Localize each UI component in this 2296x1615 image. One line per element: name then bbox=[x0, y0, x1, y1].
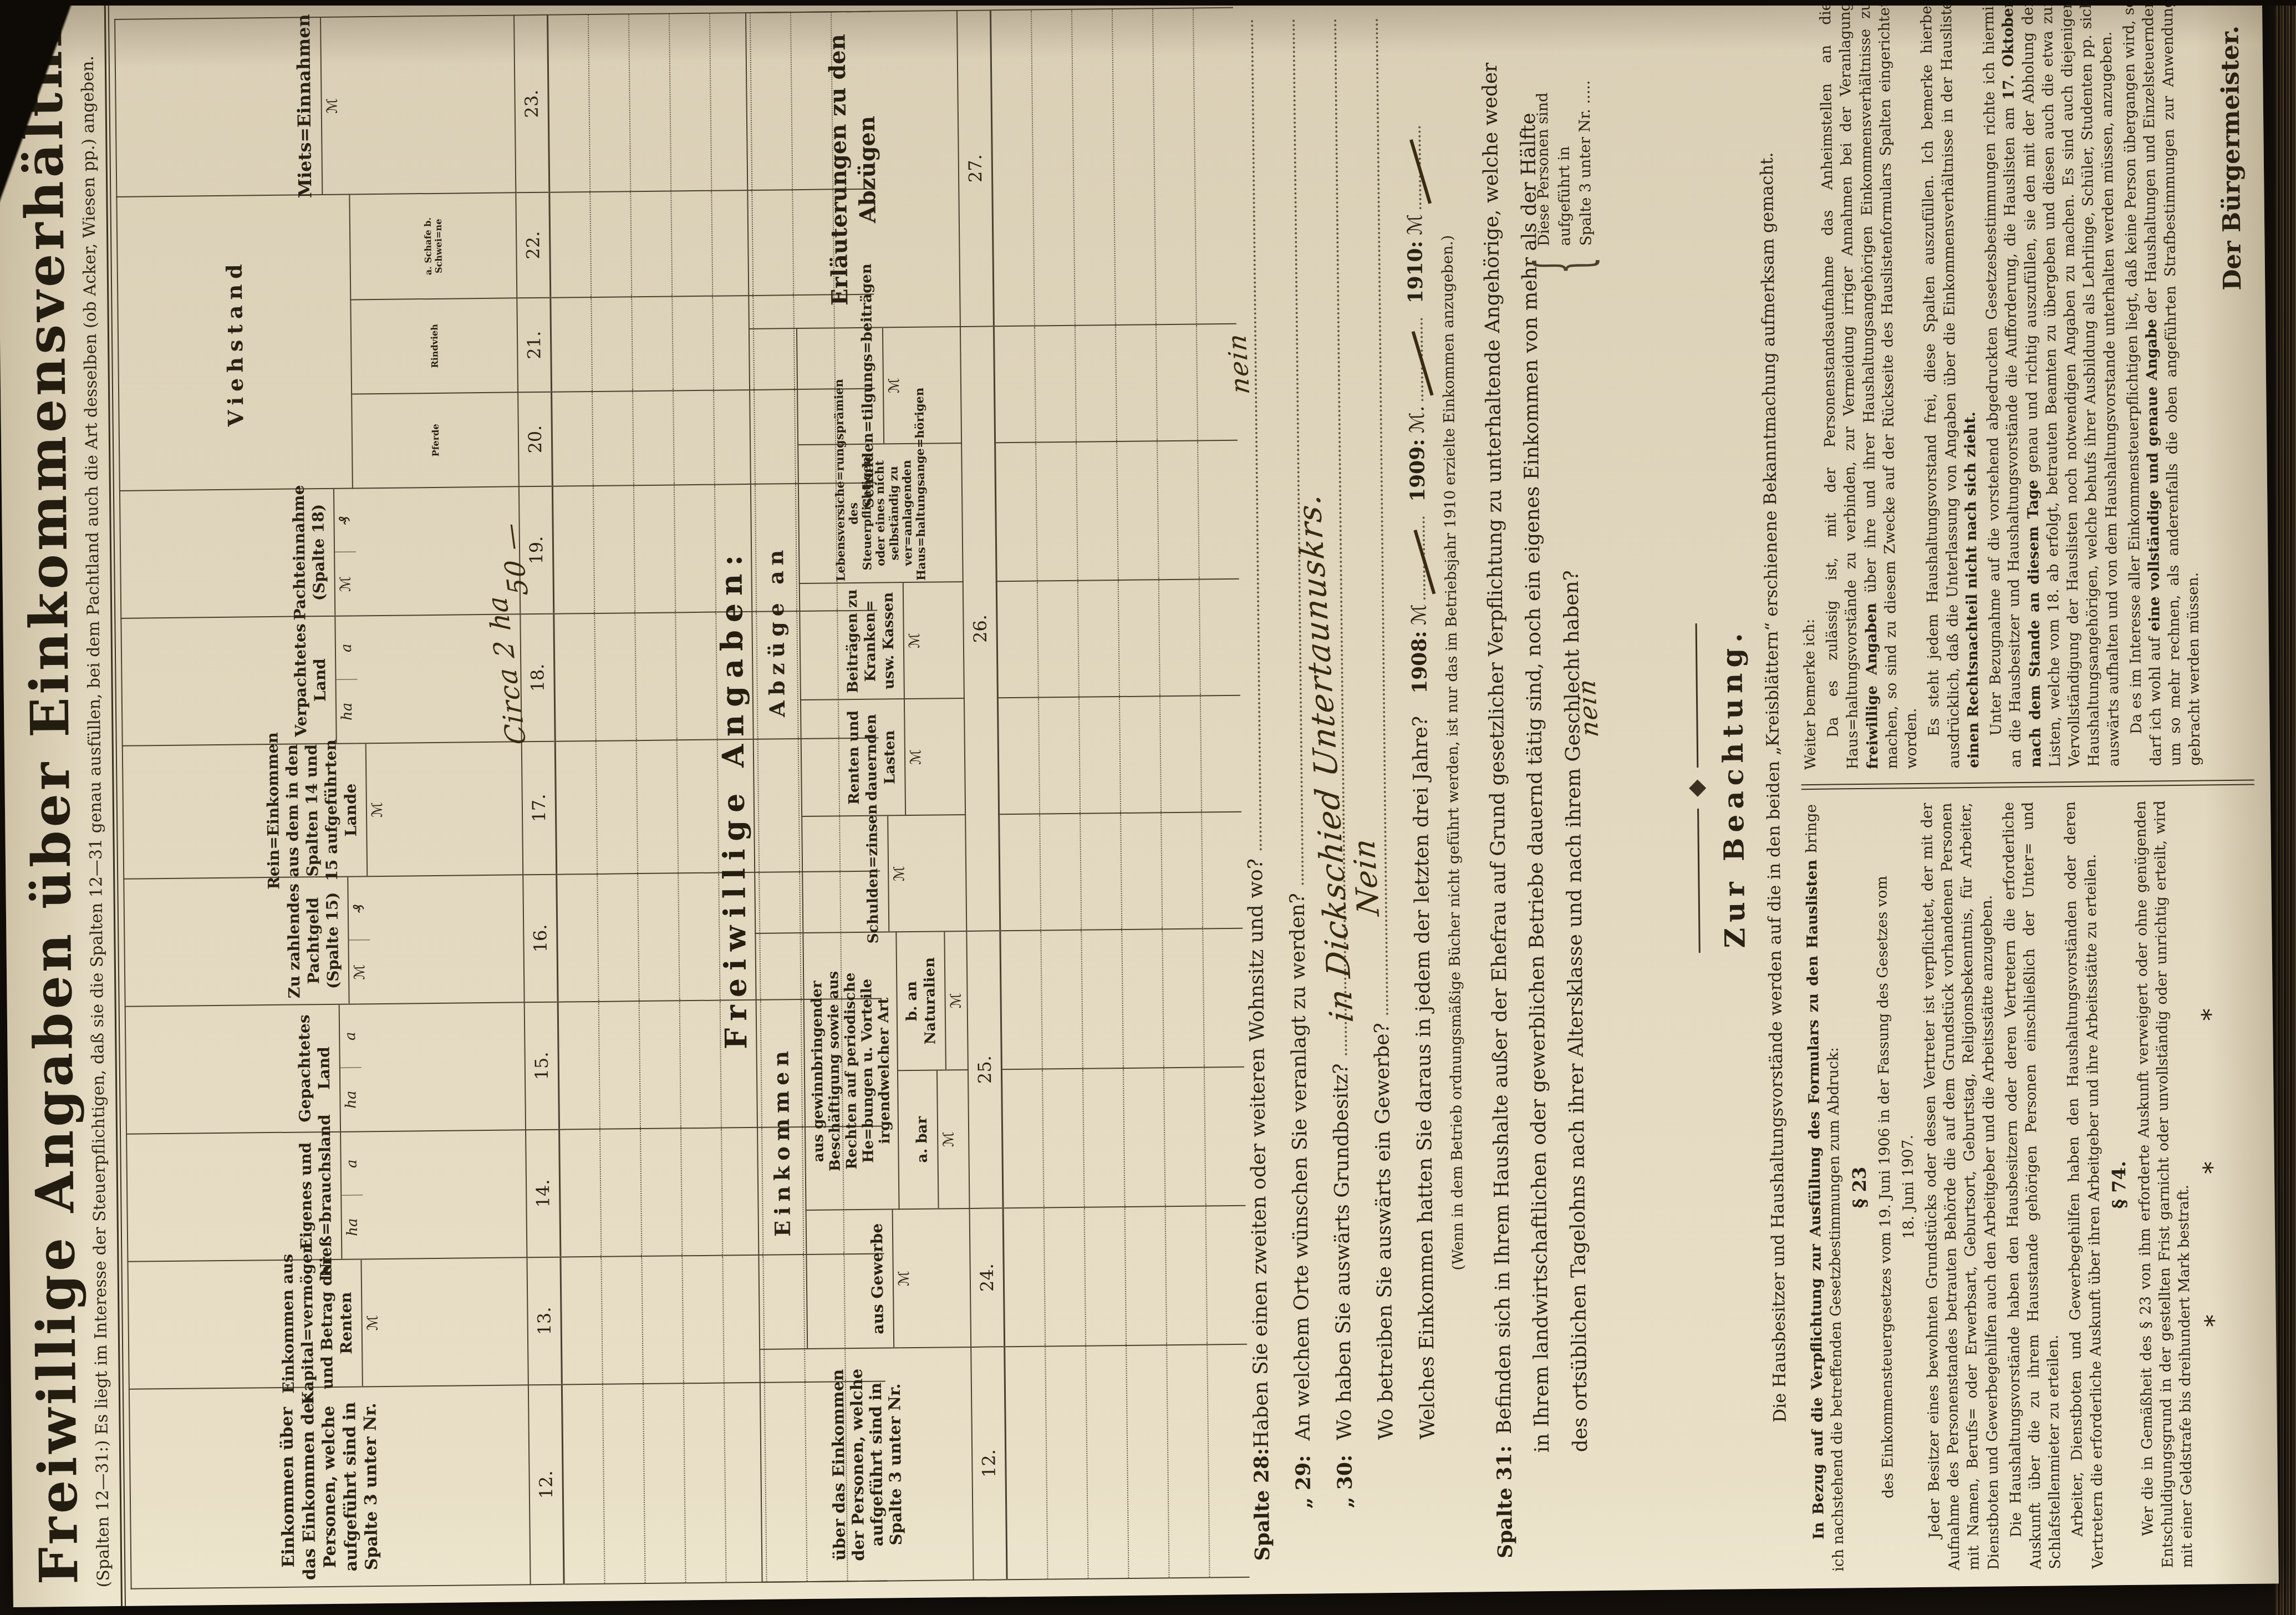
right-paragraph-4: Da es im Interesse aller Einkommensteuer… bbox=[2119, 0, 2205, 766]
col18-header: Verpachtetes Land bbox=[284, 617, 335, 744]
legal-text-columns: In Bezug auf die Verpflichtung zur Ausfü… bbox=[1793, 0, 2263, 1572]
col18-unit-a: a bbox=[335, 616, 357, 680]
col14-header: Eigenes und Nieß=brauchsland bbox=[290, 1132, 341, 1260]
col25-header: aus gewinnbringender Beschäftigung sowie… bbox=[803, 932, 898, 1210]
column-divider bbox=[1801, 780, 2254, 790]
question-31-sidenote: { Diese Personen sind aufgeführt in Spal… bbox=[1531, 10, 1597, 271]
right-p4-bold: eine vollständige und genaue Angabe bbox=[2143, 319, 2163, 632]
question-30-label: „ 30: bbox=[1333, 1440, 1357, 1560]
left-paragraph-1: Jeder Besitzer eines bewohnten Grundstüc… bbox=[1917, 802, 2003, 1570]
right-lead: Weiter bemerke ich: bbox=[1793, 2, 1821, 770]
form-sheet: Freiwillige Angaben über Einkommensverhä… bbox=[0, 0, 2279, 1607]
col19-unit-pf: ₰ bbox=[334, 489, 356, 552]
col21-number: 21. bbox=[517, 298, 551, 393]
viehstand-group-header: Viehstand bbox=[116, 195, 353, 491]
paragraph-23-subline2: 18. Juni 1907. bbox=[1895, 803, 1922, 1571]
col26-sub3-unit: ℳ bbox=[904, 583, 926, 698]
year-1910-label: 1910: bbox=[1403, 241, 1427, 304]
col25a-header: a. bar bbox=[907, 1071, 938, 1209]
handwritten-dash bbox=[1412, 331, 1434, 396]
col15-unit-ha: ha bbox=[340, 1068, 362, 1131]
col17-header: Rein=Einkommen aus dem in den Spalten 14… bbox=[257, 744, 366, 877]
paragraph-23-heading: § 23 bbox=[1844, 804, 1876, 1571]
col24-unit: ℳ bbox=[893, 1210, 916, 1347]
year-1908-label: 1908: bbox=[1408, 631, 1432, 694]
col24-header: aus Gewerbe bbox=[862, 1210, 894, 1348]
section-divider-ornament bbox=[1683, 0, 1712, 1589]
year-1910: 1910: ℳ bbox=[1399, 126, 1427, 303]
right-p1-bold: freiwillige Angaben bbox=[1862, 603, 1881, 769]
book-fore-edge bbox=[2275, 0, 2296, 1615]
legal-column-left: In Bezug auf die Verpflichtung zur Ausfü… bbox=[1801, 800, 2263, 1572]
beachtung-heading: Zur Beachtung. bbox=[1709, 0, 1758, 1589]
handwritten-dash bbox=[1409, 139, 1432, 204]
col25-number: 25. bbox=[966, 931, 1003, 1208]
year-1908-unit: ℳ bbox=[1408, 604, 1430, 626]
answer-line: Nein bbox=[1357, 18, 1388, 1015]
ornament-bar bbox=[1697, 809, 1701, 953]
sidenote-line1: Diese Personen sind aufgeführt in bbox=[1534, 93, 1574, 246]
col27-header: Erläuterungen zu den Abzügen bbox=[746, 11, 960, 329]
right-p2-bold: einen Rechtsnachteil nicht nach sich zie… bbox=[1961, 412, 1982, 768]
col23-number: 23. bbox=[514, 15, 549, 193]
col16-number: 16. bbox=[523, 875, 558, 1003]
col18-unit-ha: ha bbox=[337, 680, 358, 743]
ornament-bar bbox=[1695, 623, 1698, 768]
table2-label-col-header: über das Einkommen der Personen, welche … bbox=[822, 1348, 911, 1581]
question-29-text: An welchem Orte wünschen Sie veranlagt z… bbox=[1286, 885, 1314, 1441]
left-paragraph-4: Wer die in Gemäßheit des § 23 von ihm er… bbox=[2131, 800, 2197, 1568]
question-30: „ 30: Wo haben Sie auswärts Grundbesitz?… bbox=[1315, 18, 1357, 1560]
col20-header: Pferde bbox=[430, 394, 441, 487]
col23-unit: ℳ bbox=[321, 18, 344, 194]
questions-section: Spalte 28: Haben Sie einen zweiten oder … bbox=[1232, 16, 1601, 1561]
col27-number: 27. bbox=[957, 10, 994, 327]
col14-number: 14. bbox=[526, 1130, 561, 1258]
question-30b: Wo betreiben Sie auswärts ein Gewerbe? N… bbox=[1357, 18, 1399, 1560]
abzuege-group-header: Abzüge an bbox=[749, 328, 803, 933]
signature-der-buergermeister: Der Bürgermeister. bbox=[2214, 0, 2254, 765]
handwritten-answer-31: nein bbox=[1563, 676, 1613, 739]
col15-unit-a: a bbox=[340, 1004, 362, 1068]
beachtung-intro: Die Hausbesitzer und Haushaltungsvorstän… bbox=[1755, 25, 1791, 1550]
year-1909-label: 1909: bbox=[1406, 439, 1429, 502]
question-31-line1: Befinden sich in Ihrem Haushalte außer d… bbox=[1479, 63, 1516, 1435]
right-p1-pre: Da es zulässig ist, mit der Personenstan… bbox=[1817, 2, 1862, 769]
year-1909-unit: ℳ. bbox=[1406, 405, 1429, 433]
right-paragraph-2: Es steht jedem Haushaltungsvorstand frei… bbox=[1917, 1, 1983, 769]
handwritten-answer-30b: Nein bbox=[1346, 836, 1386, 917]
col19-unit-m: ℳ bbox=[335, 552, 357, 616]
col25b-unit: ℳ bbox=[945, 932, 968, 1069]
table1-header-row: Einkommen über das Einkommen der Persone… bbox=[115, 17, 364, 1589]
year-1910-unit: ℳ bbox=[1404, 214, 1427, 235]
paragraph-74-heading: § 74. bbox=[2103, 801, 2135, 1568]
sidenote-line2: Spalte 3 unter Nr. bbox=[1576, 109, 1595, 246]
col26-sub5-unit: ℳ bbox=[883, 328, 905, 443]
col20-number: 20. bbox=[518, 392, 552, 487]
col26-number: 26. bbox=[960, 326, 1000, 931]
year-1908: 1908: ℳ bbox=[1404, 516, 1432, 694]
question-28-label: Spalte 28: bbox=[1250, 1448, 1274, 1561]
answer-line bbox=[1399, 126, 1422, 209]
col16-header: Zu zahlendes Pachtgeld (Spalte 15) bbox=[278, 877, 348, 1004]
col15-header: Gepachtetes Land bbox=[289, 1005, 340, 1132]
col26-sub3-header: Beiträgen zu Kranken= usw. Kassen bbox=[838, 583, 904, 699]
col13-unit: ℳ bbox=[362, 1260, 384, 1386]
handwritten-dash bbox=[1413, 529, 1435, 594]
paragraph-23-subline1: des Einkommensteuergesetzes vom 19. Juni… bbox=[1871, 803, 1899, 1571]
question-30c-label bbox=[1434, 1439, 1435, 1559]
question-30c-text: Welches Einkommen hatten Sie daraus in j… bbox=[1409, 708, 1439, 1440]
question-31: Spalte 31:Befinden sich in Ihrem Haushal… bbox=[1470, 16, 1601, 1558]
col13-number: 13. bbox=[527, 1257, 562, 1385]
col26-sub1-unit: ℳ bbox=[888, 816, 910, 931]
col26-sub1-header: Schulden=zinsen bbox=[858, 816, 888, 932]
income-table-columns-24-27: über das Einkommen der Personen, welche … bbox=[745, 7, 1250, 1583]
answer-line bbox=[1274, 19, 1304, 886]
col25b-header: b. an Naturalien bbox=[897, 932, 945, 1070]
right-paragraph-3: Unter Bezugnahme auf die vorstehend abge… bbox=[1979, 0, 2124, 768]
table2-col12-number: 12. bbox=[971, 1347, 1007, 1580]
question-30c: Welches Einkommen hatten Sie daraus in j… bbox=[1398, 17, 1440, 1559]
answer-line: in Dickschied Untertaunuskrs. bbox=[1315, 18, 1347, 1056]
col17-number: 17. bbox=[522, 742, 557, 875]
question-28-text: Haben Sie einen zweiten oder weiteren Wo… bbox=[1244, 851, 1273, 1448]
col12-number: 12. bbox=[528, 1385, 564, 1585]
right-p3-pre: Unter Bezugnahme auf die vorstehend abge… bbox=[1980, 0, 2025, 768]
question-30b-text: Wo betreiben Sie auswärts ein Gewerbe? bbox=[1371, 1015, 1398, 1440]
question-29-label: „ 29: bbox=[1291, 1440, 1316, 1560]
col22-number: 22. bbox=[516, 192, 550, 298]
col26-sub5-header: Schulden=tilgungs=beiträgen bbox=[853, 328, 883, 444]
col13-header: Einkommen aus Kapital=vermögen und Betra… bbox=[272, 1260, 362, 1387]
col26-sub4-header: Lebensversiche=rungsprämien des Steuerpf… bbox=[798, 443, 963, 583]
book-gutter-shadow bbox=[0, 0, 122, 421]
question-31-label: Spalte 31: bbox=[1493, 1445, 1517, 1558]
right-paragraph-1: Da es zulässig ist, mit der Personenstan… bbox=[1816, 1, 1922, 770]
book-top-edge bbox=[0, 0, 2296, 6]
col21-header: Rindvieh bbox=[429, 299, 440, 393]
right-p2-pre: Es steht jedem Haushaltungsvorstand frei… bbox=[1918, 1, 1963, 768]
col14-unit-ha: ha bbox=[342, 1196, 363, 1259]
left-paragraph-3: Arbeiter, Dienstboten und Gewerbegehilfe… bbox=[2060, 801, 2107, 1570]
year-1909: 1909: ℳ. bbox=[1402, 318, 1429, 502]
col12-header: Einkommen über das Einkommen der Persone… bbox=[271, 1387, 388, 1587]
col26-sub2-unit: ℳ bbox=[905, 699, 927, 815]
col14-unit-a: a bbox=[341, 1132, 363, 1196]
answer-line bbox=[1404, 516, 1426, 600]
question-30-text: Wo haben Sie auswärts Grundbesitz? bbox=[1330, 1055, 1356, 1440]
col23-header: Miets=Einnahmen bbox=[287, 18, 322, 195]
col26-sub2-header: Renten und dauernden Lasten bbox=[839, 699, 905, 815]
einkommen-group-header: Einkommen bbox=[755, 933, 807, 1349]
question-30b-label bbox=[1393, 1440, 1394, 1560]
col15-number: 15. bbox=[525, 1002, 559, 1130]
handwritten-answer-28: nein bbox=[1221, 331, 1255, 395]
col25a-unit: ℳ bbox=[938, 1070, 960, 1208]
brace-glyph: { bbox=[1514, 257, 1617, 275]
question-30c-note: (Wenn in dem Betrieb ordnungsmäßige Büch… bbox=[1437, 17, 1467, 1271]
asterisk-ornament: * * * bbox=[2192, 800, 2233, 1568]
col19-header: Pachteinnahme (Spalte 18) bbox=[283, 489, 334, 616]
scanned-book-page: Freiwillige Angaben über Einkommensverhä… bbox=[0, 0, 2296, 1615]
col17-unit: ℳ bbox=[366, 744, 388, 876]
col22-header: a. Schafe b. Schwei=ne bbox=[422, 194, 444, 298]
left-lead-bold: In Bezug auf die Verpflichtung zur Ausfü… bbox=[1803, 860, 1827, 1540]
left-paragraph-2: Die Haushaltungsvorstände haben den Haus… bbox=[1999, 801, 2065, 1570]
ornament-diamond bbox=[1689, 780, 1706, 797]
legal-column-right: Weiter bemerke ich: Da es zulässig ist, … bbox=[1793, 0, 2254, 770]
col16-unit-m: ℳ bbox=[349, 941, 370, 1004]
answer-line bbox=[1402, 318, 1424, 401]
col24-number: 24. bbox=[970, 1208, 1005, 1347]
